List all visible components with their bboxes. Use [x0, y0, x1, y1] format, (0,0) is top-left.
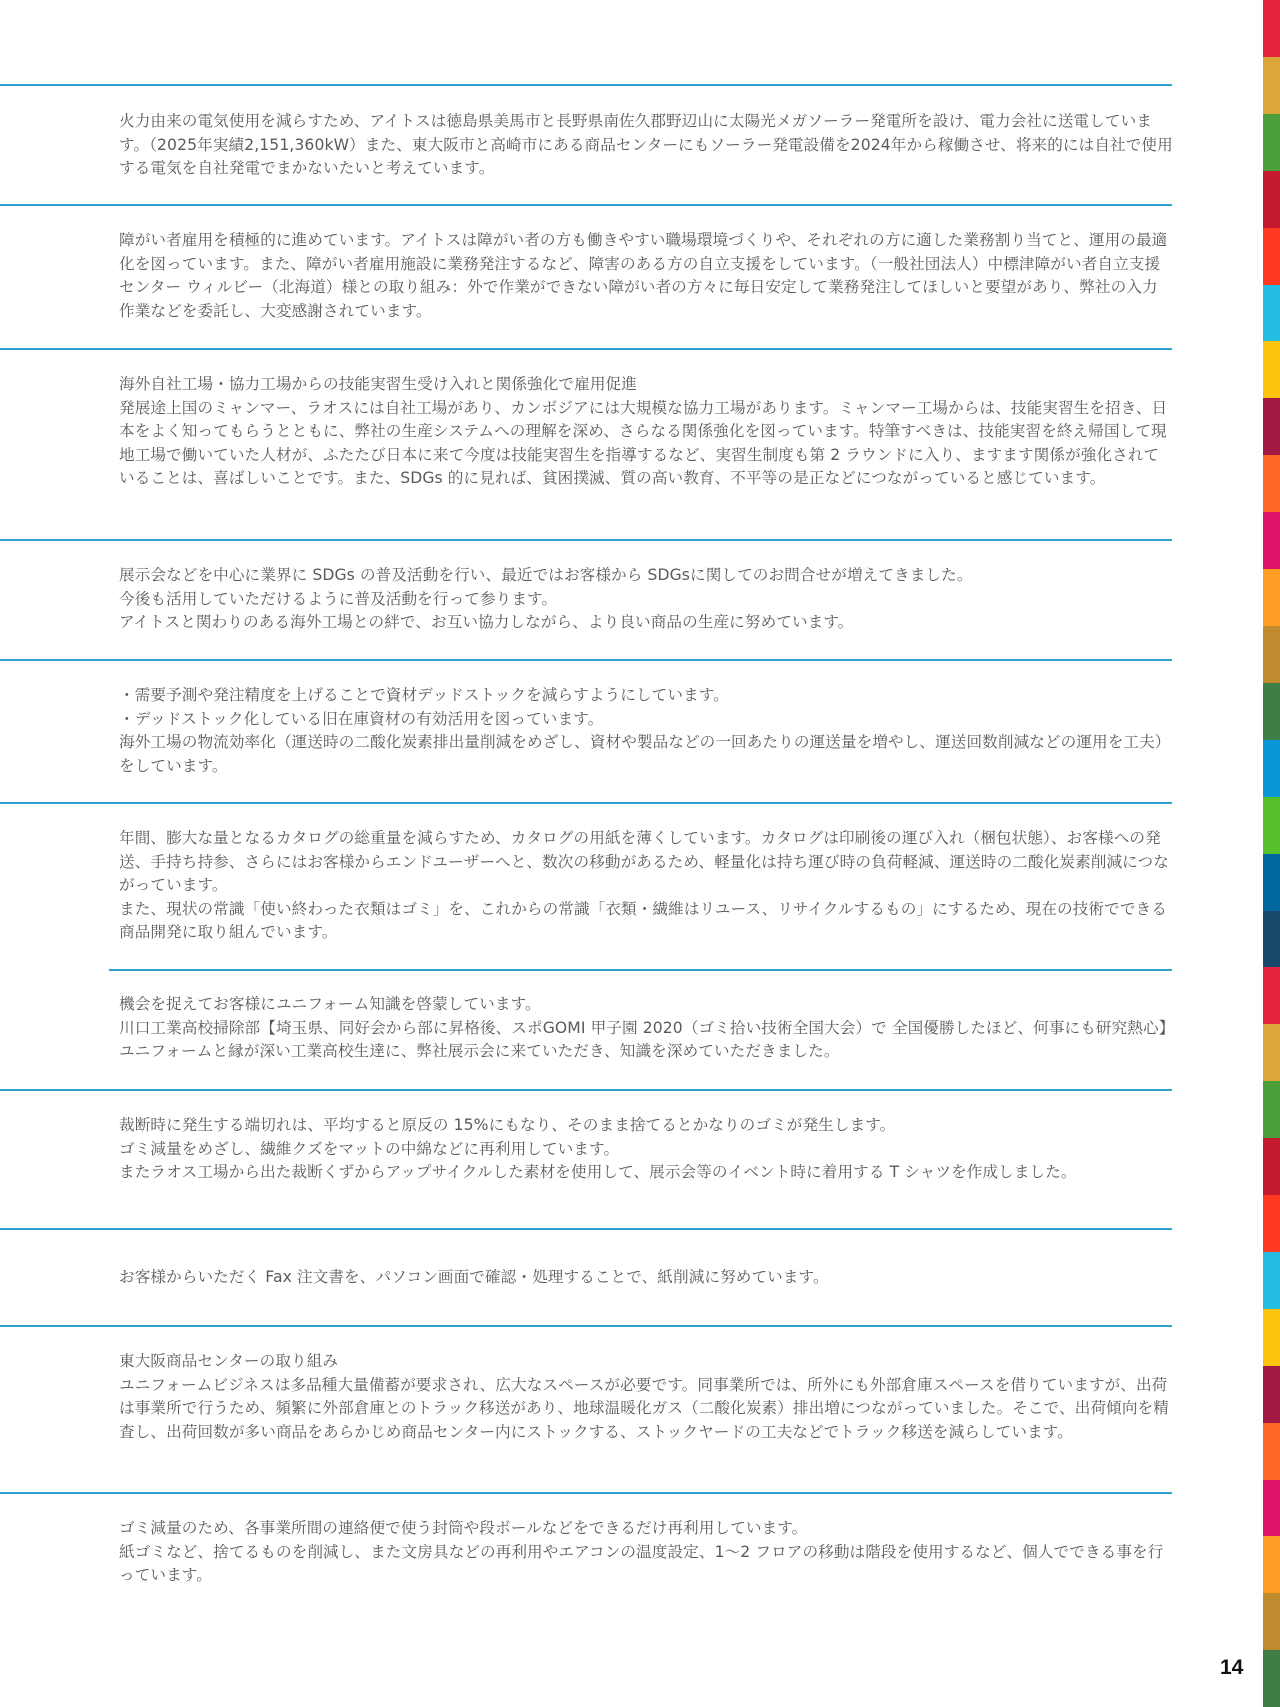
section-dead-stock: ・需要予測や発注精度を上げることで資材デッドストックを減らすようにしています。 … [119, 684, 1173, 778]
page-number: 14 [1220, 1656, 1243, 1680]
section-technical-intern: 海外自社工場・協力工場からの技能実習生受け入れと関係強化で雇用促進 発展途上国の… [119, 373, 1173, 491]
sdg-color-band [1263, 1195, 1280, 1252]
section-heading: 機会を捉えてお客様にユニフォーム知識を啓蒙しています。 [119, 993, 1173, 1017]
sdg-color-band [1263, 1480, 1280, 1537]
sdg-color-band [1263, 626, 1280, 683]
section-disability-employment: 障がい者雇用を積極的に進めています。アイトスは障がい者の方も働きやすい職場環境づ… [119, 229, 1173, 323]
paragraph: 発展途上国のミャンマー、ラオスには自社工場があり、カンボジアには大規模な協力工場… [119, 397, 1173, 491]
section-fabric-scraps: 裁断時に発生する端切れは、平均すると原反の 15%にもなり、そのまま捨てるとかな… [119, 1114, 1173, 1185]
section-divider [0, 1492, 1172, 1494]
paragraph: 火力由来の電気使用を減らすため、アイトスは徳島県美馬市と長野県南佐久郡野辺山に太… [119, 110, 1173, 181]
sdg-color-band [1263, 512, 1280, 569]
section-uniform-education: 機会を捉えてお客様にユニフォーム知識を啓蒙しています。 川口工業高校掃除部【埼玉… [119, 993, 1173, 1064]
sdg-color-band [1263, 455, 1280, 512]
sdg-color-band [1263, 398, 1280, 455]
paragraph: またラオス工場から出た裁断くずからアップサイクルした素材を使用して、展示会等のイ… [119, 1161, 1173, 1185]
paragraph: また、現状の常識「使い終わった衣類はゴミ」を、これからの常識「衣類・繊維はリユー… [119, 898, 1173, 945]
paragraph: 展示会などを中心に業界に SDGs の普及活動を行い、最近ではお客様から SDG… [119, 564, 1173, 588]
sdg-color-band [1263, 1252, 1280, 1309]
section-heading: 東大阪商品センターの取り組み [119, 1350, 1173, 1374]
section-catalog-weight: 年間、膨大な量となるカタログの総重量を減らすため、カタログの用紙を薄くしています… [119, 827, 1173, 945]
sdg-color-band [1263, 228, 1280, 285]
paragraph: アイトスと関わりのある海外工場との絆で、お互い協力しながら、より良い商品の生産に… [119, 611, 1173, 635]
sdg-color-band [1263, 797, 1280, 854]
paragraph: 川口工業高校掃除部【埼玉県、同好会から部に昇格後、スポGOMI 甲子園 2020… [119, 1017, 1173, 1064]
paragraph: お客様からいただく Fax 注文書を、パソコン画面で確認・処理することで、紙削減… [119, 1266, 1173, 1290]
paragraph: 裁断時に発生する端切れは、平均すると原反の 15%にもなり、そのまま捨てるとかな… [119, 1114, 1173, 1138]
sdg-color-band [1263, 1366, 1280, 1423]
section-divider [0, 802, 1172, 804]
paragraph: 年間、膨大な量となるカタログの総重量を減らすため、カタログの用紙を薄くしています… [119, 827, 1173, 898]
sdg-color-band [1263, 1309, 1280, 1366]
sdg-color-strip [1263, 0, 1280, 1707]
sdg-color-band [1263, 1024, 1280, 1081]
paragraph: ゴミ減量をめざし、繊維クズをマットの中綿などに再利用しています。 [119, 1138, 1173, 1162]
section-divider [0, 84, 1172, 86]
sdg-color-band [1263, 967, 1280, 1024]
sdg-color-band [1263, 854, 1280, 911]
sdg-color-band [1263, 1081, 1280, 1138]
section-heading: 海外自社工場・協力工場からの技能実習生受け入れと関係強化で雇用促進 [119, 373, 1173, 397]
section-fax-paperless: お客様からいただく Fax 注文書を、パソコン画面で確認・処理することで、紙削減… [119, 1266, 1173, 1290]
sdg-color-band [1263, 57, 1280, 114]
sdg-color-band [1263, 0, 1280, 57]
sdg-color-band [1263, 1650, 1280, 1707]
bullet-item: ・需要予測や発注精度を上げることで資材デッドストックを減らすようにしています。 [119, 684, 1173, 708]
paragraph: 紙ゴミなど、捨てるものを削減し、また文房具などの再利用やエアコンの温度設定、1〜… [119, 1541, 1173, 1588]
sdg-color-band [1263, 285, 1280, 342]
sdg-color-band [1263, 1138, 1280, 1195]
section-divider [0, 1228, 1172, 1230]
section-divider [0, 348, 1172, 350]
section-divider [0, 539, 1172, 541]
paragraph: 障がい者雇用を積極的に進めています。アイトスは障がい者の方も働きやすい職場環境づ… [119, 229, 1173, 323]
sdg-color-band [1263, 341, 1280, 398]
sdg-color-band [1263, 740, 1280, 797]
sdg-color-band [1263, 171, 1280, 228]
sdg-color-band [1263, 911, 1280, 968]
paragraph: ゴミ減量のため、各事業所間の連絡便で使う封筒や段ボールなどをできるだけ再利用して… [119, 1517, 1173, 1541]
bullet-item: ・デッドストック化している旧在庫資材の有効活用を図っています。 [119, 708, 1173, 732]
paragraph: 今後も活用していただけるように普及活動を行って参ります。 [119, 588, 1173, 612]
paragraph: 海外工場の物流効率化（運送時の二酸化炭素排出量削減をめざし、資材や製品などの一回… [119, 731, 1173, 778]
sdg-color-band [1263, 1423, 1280, 1480]
section-divider [0, 1325, 1172, 1327]
sdg-color-band [1263, 683, 1280, 740]
sdg-color-band [1263, 569, 1280, 626]
paragraph: ユニフォームビジネスは多品種大量備蓄が要求され、広大なスペースが必要です。同事業… [119, 1374, 1173, 1445]
sdg-color-band [1263, 1536, 1280, 1593]
section-divider [0, 204, 1172, 206]
section-solar-power: 火力由来の電気使用を減らすため、アイトスは徳島県美馬市と長野県南佐久郡野辺山に太… [119, 110, 1173, 181]
section-waste-reduction: ゴミ減量のため、各事業所間の連絡便で使う封筒や段ボールなどをできるだけ再利用して… [119, 1517, 1173, 1588]
sdg-color-band [1263, 1593, 1280, 1650]
section-higashiosaka-center: 東大阪商品センターの取り組み ユニフォームビジネスは多品種大量備蓄が要求され、広… [119, 1350, 1173, 1444]
section-divider [109, 969, 1172, 971]
section-sdgs-promotion: 展示会などを中心に業界に SDGs の普及活動を行い、最近ではお客様から SDG… [119, 564, 1173, 635]
section-divider [0, 1089, 1172, 1091]
sdg-color-band [1263, 114, 1280, 171]
document-page: 火力由来の電気使用を減らすため、アイトスは徳島県美馬市と長野県南佐久郡野辺山に太… [0, 0, 1280, 1707]
section-divider [0, 659, 1172, 661]
